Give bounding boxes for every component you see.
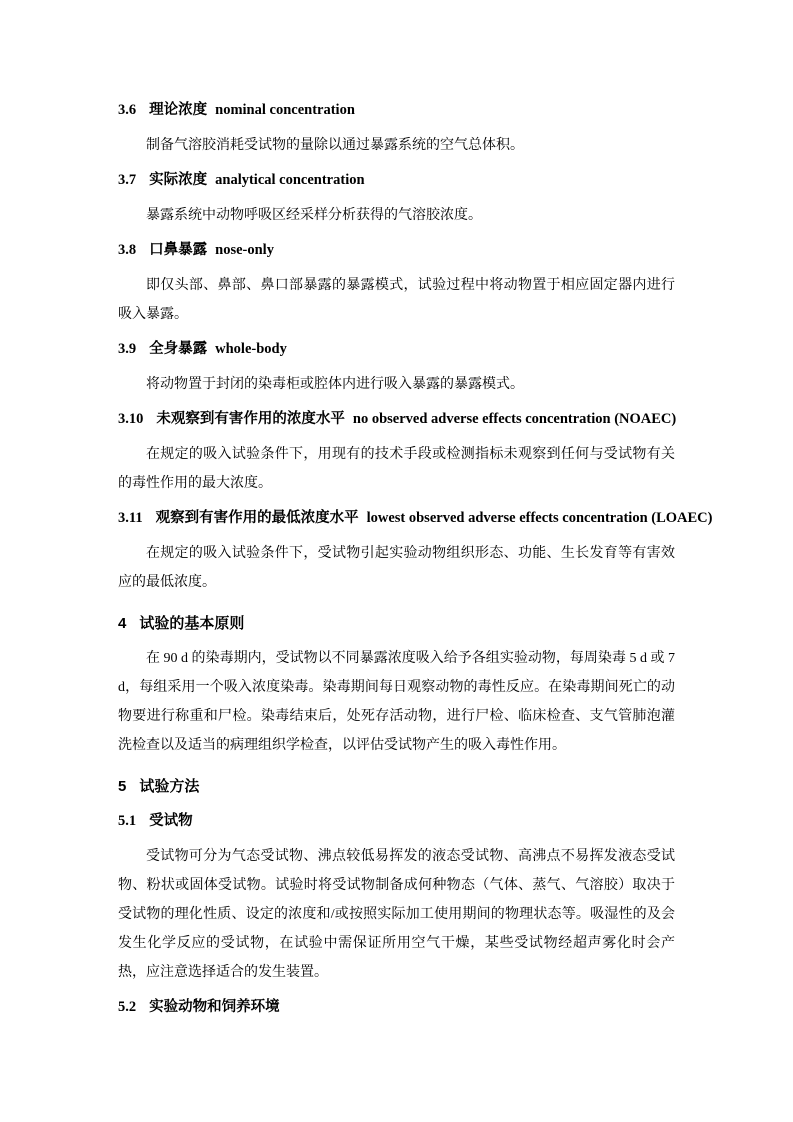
clause-number: 5.2 xyxy=(118,999,136,1015)
chapter-heading-4: 4试验的基本原则 xyxy=(118,609,675,638)
subsection-heading-5-2: 5.2实验动物和饲养环境 xyxy=(118,993,675,1022)
term-heading-3-11: 3.11观察到有害作用的最低浓度水平lowest observed advers… xyxy=(118,504,675,533)
clause-number: 3.10 xyxy=(118,411,143,427)
term-en: analytical concentration xyxy=(215,172,364,188)
definition-paragraph-3-9: 将动物置于封闭的染毒柜或腔体内进行吸入暴露的暴露模式。 xyxy=(118,370,675,399)
subsection-5-1-paragraph: 受试物可分为气态受试物、沸点较低易挥发的液态受试物、高沸点不易挥发液态受试物、粉… xyxy=(118,842,675,987)
clause-number: 3.11 xyxy=(118,510,143,526)
term-zh: 观察到有害作用的最低浓度水平 xyxy=(156,510,359,526)
clause-number: 3.9 xyxy=(118,341,136,357)
term-heading-3-9: 3.9全身暴露whole-body xyxy=(118,335,675,364)
term-heading-3-10: 3.10未观察到有害作用的浓度水平no observed adverse eff… xyxy=(118,405,675,434)
term-en: lowest observed adverse effects concentr… xyxy=(367,510,713,526)
definition-paragraph-3-7: 暴露系统中动物呼吸区经采样分析获得的气溶胶浓度。 xyxy=(118,201,675,230)
definition-paragraph-3-10: 在规定的吸入试验条件下，用现有的技术手段或检测指标未观察到任何与受试物有关的毒性… xyxy=(118,440,675,498)
term-zh: 全身暴露 xyxy=(149,341,207,357)
clause-number: 3.7 xyxy=(118,172,136,188)
term-zh: 口鼻暴露 xyxy=(149,242,207,258)
chapter-4-paragraph: 在 90 d 的染毒期内，受试物以不同暴露浓度吸入给予各组实验动物，每周染毒 5… xyxy=(118,644,675,760)
subsection-title: 受试物 xyxy=(149,813,193,829)
page-content: 3.6理论浓度nominal concentration 制备气溶胶消耗受试物的… xyxy=(118,96,675,1022)
term-zh: 理论浓度 xyxy=(149,102,207,118)
clause-number: 5.1 xyxy=(118,813,136,829)
term-heading-3-7: 3.7实际浓度analytical concentration xyxy=(118,166,675,195)
subsection-title: 实验动物和饲养环境 xyxy=(149,999,280,1015)
document-page: 3.6理论浓度nominal concentration 制备气溶胶消耗受试物的… xyxy=(0,0,793,1122)
definition-paragraph-3-6: 制备气溶胶消耗受试物的量除以通过暴露系统的空气总体积。 xyxy=(118,131,675,160)
term-zh: 未观察到有害作用的浓度水平 xyxy=(156,411,345,427)
term-en: no observed adverse effects concentratio… xyxy=(353,411,676,427)
chapter-number: 5 xyxy=(118,778,126,795)
term-en: nose-only xyxy=(215,242,274,258)
subsection-heading-5-1: 5.1受试物 xyxy=(118,807,675,836)
term-heading-3-8: 3.8口鼻暴露nose-only xyxy=(118,236,675,265)
term-heading-3-6: 3.6理论浓度nominal concentration xyxy=(118,96,675,125)
chapter-title: 试验的基本原则 xyxy=(139,615,244,632)
term-en: whole-body xyxy=(215,341,287,357)
term-zh: 实际浓度 xyxy=(149,172,207,188)
chapter-title: 试验方法 xyxy=(139,778,199,795)
clause-number: 3.6 xyxy=(118,102,136,118)
chapter-number: 4 xyxy=(118,615,126,632)
term-en: nominal concentration xyxy=(215,102,355,118)
definition-paragraph-3-8: 即仅头部、鼻部、鼻口部暴露的暴露模式，试验过程中将动物置于相应固定器内进行吸入暴… xyxy=(118,271,675,329)
chapter-heading-5: 5试验方法 xyxy=(118,772,675,801)
clause-number: 3.8 xyxy=(118,242,136,258)
definition-paragraph-3-11: 在规定的吸入试验条件下，受试物引起实验动物组织形态、功能、生长发育等有害效应的最… xyxy=(118,539,675,597)
